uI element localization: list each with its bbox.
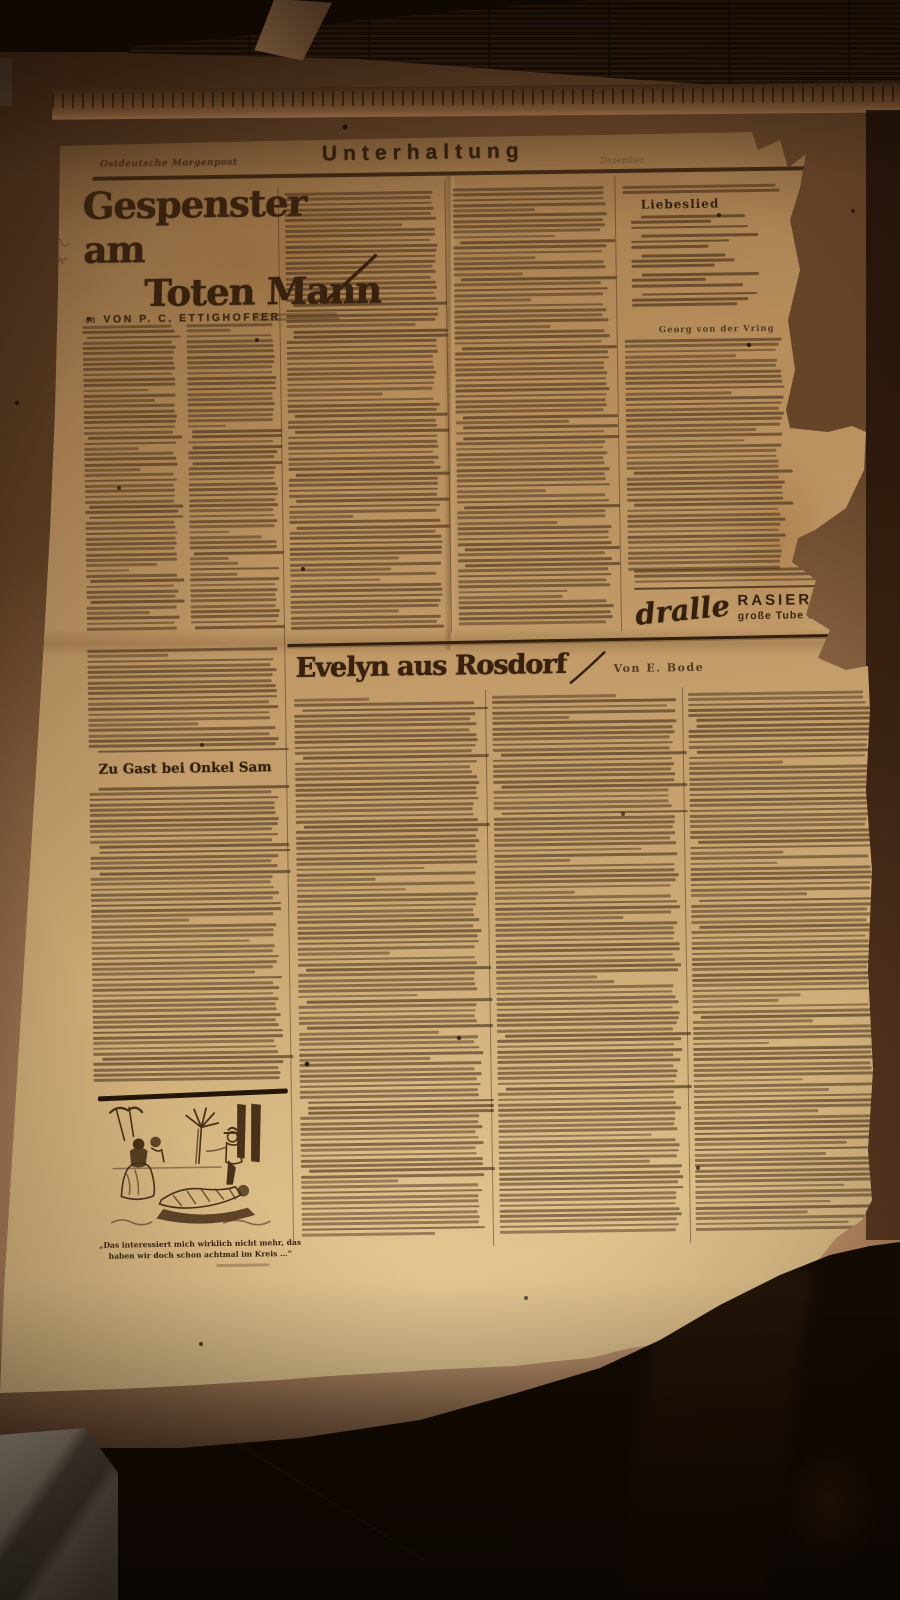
text-line <box>187 387 276 391</box>
text-line <box>457 478 606 483</box>
text-line <box>456 456 603 461</box>
text-line <box>88 436 181 440</box>
text-line <box>695 1162 875 1167</box>
text-line <box>295 749 472 754</box>
text-line <box>91 881 271 886</box>
text-line <box>189 487 278 491</box>
text-line <box>458 531 609 536</box>
text-line <box>453 218 603 223</box>
text-line <box>187 329 231 332</box>
text-line <box>301 1141 484 1147</box>
text-line <box>496 985 673 990</box>
text-line <box>295 429 449 434</box>
text-line <box>83 330 175 334</box>
text-line <box>497 1053 673 1058</box>
text-line <box>286 265 433 270</box>
issue-date: Dezember <box>600 156 644 167</box>
text-line <box>302 1232 435 1237</box>
text-line <box>497 1000 679 1006</box>
text-line <box>187 350 274 354</box>
text-line <box>453 192 604 197</box>
text-line <box>626 412 784 417</box>
text-line <box>296 524 449 529</box>
text-line <box>628 560 780 565</box>
text-line <box>628 544 781 549</box>
text-line <box>299 1046 479 1051</box>
text-line <box>88 679 272 685</box>
text-line <box>689 727 872 733</box>
text-line <box>691 918 866 923</box>
text-line <box>189 466 276 470</box>
text-line <box>494 847 641 852</box>
body-text-column <box>688 690 882 1233</box>
text-line <box>494 859 570 863</box>
text-line <box>695 1152 826 1157</box>
text-line <box>632 264 715 268</box>
text-line <box>694 1119 878 1125</box>
text-line <box>458 573 611 578</box>
text-line <box>289 515 353 519</box>
text-line <box>495 916 623 921</box>
text-line <box>285 217 436 222</box>
text-line <box>495 905 680 911</box>
white-object-bottom-left <box>0 1428 118 1600</box>
text-line <box>192 445 281 449</box>
text-line <box>457 499 609 504</box>
text-line <box>297 924 473 929</box>
text-line <box>294 723 476 728</box>
text-line <box>92 992 273 997</box>
text-line <box>296 850 477 855</box>
text-line <box>189 509 273 513</box>
text-line <box>83 378 175 382</box>
text-line <box>494 815 675 820</box>
text-line <box>92 949 273 954</box>
body-text-column <box>625 338 788 573</box>
text-line <box>190 540 277 544</box>
text-line <box>296 807 473 812</box>
text-line <box>190 535 262 539</box>
text-line <box>88 727 275 733</box>
text-line <box>297 903 476 908</box>
text-line <box>86 531 178 535</box>
text-line <box>90 579 184 583</box>
text-line <box>86 574 177 578</box>
text-line <box>301 1184 478 1189</box>
text-line <box>456 430 604 435</box>
text-line <box>294 728 469 733</box>
text-line <box>696 1225 874 1230</box>
text-line <box>295 776 477 781</box>
text-line <box>461 276 617 281</box>
text-line <box>294 712 475 717</box>
text-line <box>626 449 776 454</box>
text-line <box>692 971 876 977</box>
text-line <box>297 871 477 876</box>
text-line <box>462 345 617 350</box>
text-line <box>454 287 608 292</box>
text-line <box>187 344 274 348</box>
body-text-column <box>89 785 285 1084</box>
text-line <box>187 339 273 343</box>
text-line <box>85 526 175 530</box>
text-line <box>288 403 440 408</box>
text-line <box>290 568 392 572</box>
serial-headline-line2: am <box>83 227 145 272</box>
text-line <box>299 1009 476 1014</box>
text-line <box>454 303 603 308</box>
text-line <box>83 372 172 376</box>
poem-title: Liebeslied <box>641 197 720 212</box>
text-line <box>697 748 883 754</box>
text-line <box>300 1093 479 1098</box>
text-line <box>692 939 869 944</box>
text-line <box>83 346 176 350</box>
text-line <box>459 610 611 615</box>
text-line <box>285 228 435 233</box>
text-line <box>465 562 620 567</box>
text-line <box>88 722 198 726</box>
text-line <box>626 428 756 433</box>
text-line <box>622 184 775 189</box>
text-line <box>83 351 174 355</box>
text-line <box>286 297 436 302</box>
text-line <box>87 605 177 609</box>
text-line <box>87 335 181 339</box>
text-line <box>86 536 176 540</box>
text-line <box>93 1002 276 1008</box>
text-line <box>457 472 605 477</box>
text-line <box>694 1072 874 1077</box>
text-line <box>298 994 417 999</box>
text-line <box>632 258 735 262</box>
text-line <box>457 525 611 530</box>
text-line <box>696 1199 831 1204</box>
text-line <box>87 647 277 653</box>
text-line <box>623 189 780 194</box>
text-line <box>458 578 606 583</box>
text-line <box>626 407 779 412</box>
text-line <box>290 588 442 593</box>
text-line <box>291 614 441 619</box>
caption-line2: haben wir doch schon achtmal im Kreis …“ <box>108 1249 292 1261</box>
text-line <box>690 796 874 802</box>
text-line <box>294 702 474 707</box>
text-line <box>627 460 779 465</box>
text-line <box>455 350 608 355</box>
text-line <box>85 484 174 488</box>
dust-specks <box>0 0 2 2</box>
text-line <box>498 1101 676 1106</box>
text-line <box>455 377 606 382</box>
text-line <box>457 509 605 514</box>
text-line <box>189 493 278 497</box>
text-line <box>91 902 281 908</box>
text-line <box>495 884 671 889</box>
text-line <box>496 947 680 953</box>
text-line <box>459 605 614 610</box>
text-line <box>694 1066 872 1071</box>
text-line <box>297 913 474 918</box>
text-line <box>97 748 288 754</box>
text-line <box>454 319 608 324</box>
text-line <box>695 1156 875 1161</box>
text-line <box>287 387 432 392</box>
text-line <box>692 987 871 992</box>
newspaper-page: Ostdeutsche Morgenpost Unterhaltung Deze… <box>0 110 900 1470</box>
text-line <box>297 878 376 882</box>
text-line <box>299 1030 439 1035</box>
text-line <box>495 895 671 900</box>
text-line <box>85 462 178 466</box>
text-line <box>295 413 448 418</box>
text-line <box>285 201 432 206</box>
text-line <box>496 953 673 958</box>
text-line <box>290 551 442 556</box>
text-line <box>289 493 437 498</box>
text-line <box>695 1141 847 1146</box>
text-line <box>285 196 431 201</box>
text-line <box>627 512 780 517</box>
text-line <box>299 1019 477 1024</box>
text-line <box>499 1181 678 1186</box>
text-line <box>191 604 276 608</box>
text-line <box>494 799 669 804</box>
text-line <box>190 530 230 533</box>
text-line <box>300 1115 479 1120</box>
text-line <box>302 1215 480 1220</box>
text-line <box>627 465 779 470</box>
text-line <box>83 362 174 366</box>
text-line <box>453 213 607 218</box>
text-line <box>94 1076 280 1082</box>
text-line <box>287 350 438 355</box>
text-line <box>690 861 777 865</box>
text-line <box>88 700 269 705</box>
text-line <box>455 382 606 387</box>
text-line <box>296 834 476 839</box>
text-line <box>301 1173 484 1179</box>
text-line <box>693 1029 873 1034</box>
text-line <box>455 325 551 329</box>
text-line <box>296 855 476 860</box>
text-line <box>495 891 575 895</box>
text-line <box>499 1170 680 1175</box>
text-line <box>289 503 440 508</box>
text-line <box>689 743 867 748</box>
text-line <box>188 440 273 444</box>
text-line <box>492 709 675 715</box>
text-line <box>299 1003 477 1008</box>
text-line <box>298 961 477 966</box>
text-line <box>689 775 868 780</box>
text-line <box>691 876 875 882</box>
text-line <box>694 1093 874 1098</box>
text-line <box>99 849 290 855</box>
text-line <box>300 1088 478 1093</box>
text-line <box>690 812 869 817</box>
text-line <box>89 742 276 748</box>
text-line <box>286 318 435 323</box>
printed-page-content: Ostdeutsche Morgenpost Unterhaltung Deze… <box>0 98 900 1471</box>
text-line <box>695 1135 879 1141</box>
text-line <box>689 770 871 775</box>
text-line <box>455 334 610 339</box>
text-line <box>288 456 438 461</box>
text-line <box>497 1064 673 1069</box>
text-line <box>632 297 748 302</box>
text-line <box>90 828 272 833</box>
text-line <box>190 557 229 560</box>
text-line <box>87 658 273 664</box>
text-line <box>454 299 531 303</box>
text-line <box>285 223 402 228</box>
text-line <box>309 1167 495 1173</box>
text-line <box>693 1020 813 1025</box>
text-line <box>190 546 277 550</box>
text-line <box>191 620 277 624</box>
text-line <box>285 238 430 243</box>
text-line <box>296 818 478 824</box>
text-line <box>695 1172 876 1177</box>
text-line <box>692 960 876 966</box>
text-line <box>453 235 555 239</box>
text-line <box>298 935 478 940</box>
text-line <box>188 456 274 460</box>
text-line <box>89 505 183 509</box>
text-line <box>84 399 155 403</box>
text-line <box>85 478 177 482</box>
text-line <box>288 445 438 450</box>
text-line <box>296 829 478 835</box>
text-line <box>290 578 380 582</box>
text-line <box>701 1013 887 1019</box>
ruler-tick-marks <box>52 86 900 108</box>
text-line <box>628 534 786 539</box>
text-line <box>693 1035 873 1040</box>
text-line <box>88 690 277 696</box>
text-line <box>459 615 613 620</box>
text-line <box>689 765 869 770</box>
text-line <box>498 1069 678 1074</box>
text-line <box>496 969 678 975</box>
text-line <box>302 1221 479 1226</box>
text-line <box>296 797 479 803</box>
text-line <box>301 1152 477 1157</box>
text-line <box>92 955 279 961</box>
text-line <box>691 902 871 907</box>
text-line <box>456 393 607 398</box>
text-line <box>290 583 441 588</box>
text-line <box>499 1160 650 1165</box>
text-line <box>631 220 711 224</box>
text-line <box>641 214 745 218</box>
text-line <box>455 387 609 392</box>
text-line <box>494 836 670 841</box>
text-line <box>694 1114 871 1119</box>
body-text-column <box>492 693 686 1236</box>
text-line <box>93 1045 276 1051</box>
text-line <box>632 278 706 282</box>
text-line <box>492 694 616 699</box>
text-line <box>625 348 776 353</box>
body-text-column <box>82 325 181 634</box>
text-line <box>298 952 390 956</box>
text-line <box>457 483 610 488</box>
text-line <box>626 454 776 459</box>
text-line <box>300 1072 482 1078</box>
text-line <box>627 491 783 496</box>
article-end-rule <box>98 1088 288 1101</box>
text-line <box>295 765 470 770</box>
text-line <box>187 360 274 364</box>
text-line <box>294 698 369 702</box>
text-line <box>297 919 479 925</box>
text-line <box>496 942 680 948</box>
text-line <box>493 736 670 741</box>
text-line <box>642 272 759 277</box>
text-line <box>89 796 278 802</box>
text-line <box>301 1146 476 1151</box>
text-line <box>87 627 177 631</box>
text-line <box>88 716 270 721</box>
poem-verses <box>631 214 778 313</box>
text-line <box>285 212 431 217</box>
text-line <box>498 1117 675 1122</box>
text-line <box>189 498 275 502</box>
text-line <box>288 424 437 429</box>
text-line <box>286 281 436 286</box>
text-line <box>696 1210 808 1214</box>
text-line <box>287 366 434 371</box>
text-line <box>493 741 673 746</box>
text-line <box>691 870 872 875</box>
text-line <box>289 466 441 471</box>
text-line <box>92 944 275 950</box>
text-line <box>500 1218 677 1223</box>
text-line <box>190 588 278 592</box>
text-line <box>301 1189 482 1194</box>
text-line <box>285 191 433 196</box>
text-line <box>688 712 871 718</box>
text-line <box>453 197 604 202</box>
text-line <box>83 393 175 397</box>
text-line <box>496 937 674 942</box>
text-line <box>460 239 615 244</box>
text-line <box>501 751 687 757</box>
text-line <box>190 577 279 581</box>
text-line <box>455 329 605 334</box>
text-line <box>494 805 672 810</box>
text-line <box>496 958 675 963</box>
text-line <box>500 1202 676 1207</box>
text-line <box>626 396 784 401</box>
caption-credit <box>216 1263 272 1269</box>
text-line <box>91 875 273 880</box>
text-line <box>294 334 448 339</box>
text-line <box>453 229 600 234</box>
text-line <box>634 502 793 507</box>
text-line <box>195 625 285 629</box>
text-line <box>492 716 569 720</box>
text-line <box>497 1022 677 1027</box>
text-line <box>287 393 382 397</box>
text-line <box>631 245 708 249</box>
text-line <box>493 762 674 767</box>
text-line <box>297 929 481 935</box>
text-line <box>186 323 272 327</box>
text-line <box>291 604 439 609</box>
